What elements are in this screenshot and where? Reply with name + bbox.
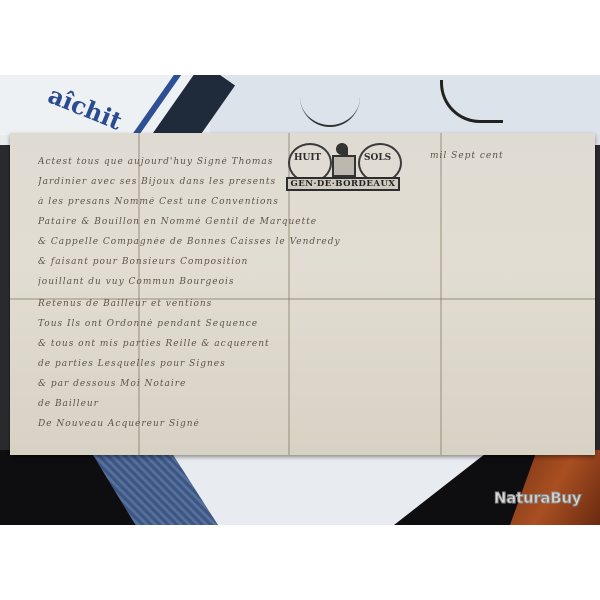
handwriting-line: à les presans Nommé Cest une Conventions [38,197,583,207]
rooster-icon [336,143,348,155]
handwriting-line: Tous Ils ont Ordonné pendant Sequence [38,319,583,329]
handwriting-line: De Nouveau Acquereur Signé [38,419,583,429]
stamp-value-left: HUIT [294,153,321,163]
handwriting-line: Retenus de Bailleur et ventions [38,299,583,309]
header-date: mil Sept cent [430,151,580,161]
handwriting-line: de Bailleur [38,399,583,409]
handwriting-line: Actest tous que aujourd'huy Signé Thomas [38,157,288,167]
shield-icon [332,155,356,177]
tax-stamp: HUIT SOLS GEN·DE·BORDEAUX [286,143,400,191]
handwriting-line: & Cappelle Compagnée de Bonnes Caisses l… [38,237,583,247]
naturabuy-watermark: NaturaBuy [494,489,581,507]
handwritten-document: HUIT SOLS GEN·DE·BORDEAUX mil Sept cent … [10,133,595,455]
stamp-value-right: SOLS [364,153,391,163]
stamp-band: GEN·DE·BORDEAUX [286,177,400,191]
handwriting-line: de parties Lesquelles pour Signes [38,359,583,369]
handwriting-line: & faisant pour Bonsieurs Composition [38,257,583,267]
handwriting-line: Pataire & Bouillon en Nommé Gentil de Ma… [38,217,583,227]
handwriting-line: jouillant du vuy Commun Bourgeois [38,277,583,287]
handwriting-line: & par dessous Moi Notaire [38,379,583,389]
handwriting-line: & tous ont mis parties Reille & acqueren… [38,339,583,349]
handwriting-line: Jardinier avec ses Bijoux dans les prese… [38,177,288,187]
photo: aîchit HUIT SOLS GEN·DE·BORDEAUX mil Sep… [0,75,600,525]
